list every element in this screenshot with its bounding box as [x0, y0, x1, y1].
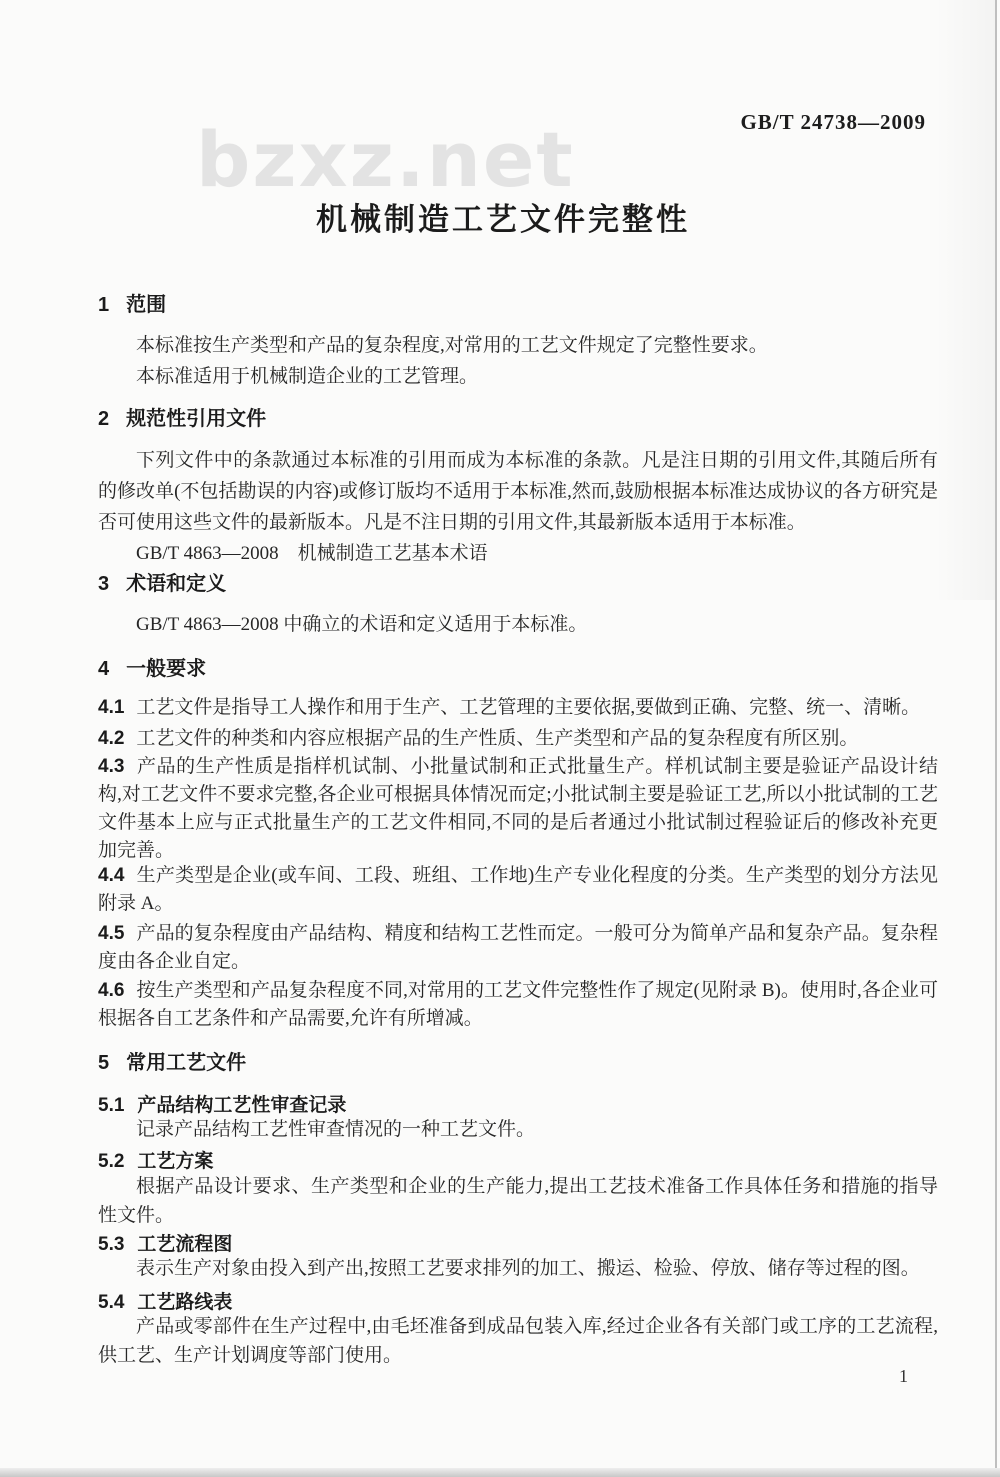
- paragraph: GB/T 4863—2008 中确立的术语和定义适用于本标准。: [98, 609, 938, 640]
- clause-4-5: 4.5产品的复杂程度由产品结构、精度和结构工艺性而定。一般可分为简单产品和复杂产…: [98, 920, 938, 976]
- clause-number: 4.4: [98, 865, 124, 886]
- section-number: 3: [98, 573, 109, 596]
- clause-number: 4.3: [98, 756, 124, 777]
- subsection-number: 5.1: [98, 1095, 124, 1117]
- subsection-description: 根据产品设计要求、生产类型和企业的生产能力,提出工艺技术准备工作具体任务和措施的…: [98, 1172, 938, 1230]
- section-2-heading: 2规范性引用文件: [98, 402, 266, 431]
- section-title: 规范性引用文件: [126, 408, 266, 430]
- scan-edge-right: [995, 0, 997, 1477]
- subsection-description: 记录产品结构工艺性审查情况的一种工艺文件。: [98, 1115, 938, 1144]
- paragraph: 本标准适用于机械制造企业的工艺管理。: [98, 361, 938, 392]
- clause-number: 4.1: [98, 697, 124, 718]
- section-number: 4: [98, 658, 109, 681]
- subsection-5-4-heading: 5.4工艺路线表: [98, 1287, 232, 1314]
- paragraph: 本标准按生产类型和产品的复杂程度,对常用的工艺文件规定了完整性要求。: [98, 330, 938, 361]
- subsection-title: 工艺方案: [137, 1151, 213, 1172]
- section-4-heading: 4一般要求: [98, 652, 206, 681]
- clause-text: 按生产类型和产品复杂程度不同,对常用的工艺文件完整性作了规定(见附录 B)。使用…: [98, 980, 938, 1029]
- clause-4-4: 4.4生产类型是企业(或车间、工段、班组、工作地)生产专业化程度的分类。生产类型…: [98, 862, 938, 918]
- subsection-number: 5.4: [98, 1292, 124, 1314]
- section-number: 2: [98, 408, 109, 431]
- clause-4-1: 4.1工艺文件是指导工人操作和用于生产、工艺管理的主要依据,要做到正确、完整、统…: [98, 694, 938, 722]
- clause-number: 4.2: [98, 728, 124, 749]
- standard-code: GB/T 24738—2009: [0, 110, 926, 135]
- clause-text: 产品的复杂程度由产品结构、精度和结构工艺性而定。一般可分为简单产品和复杂产品。复…: [98, 923, 938, 972]
- scan-shade: [935, 0, 995, 600]
- subsection-title: 工艺流程图: [137, 1234, 232, 1255]
- clause-text: 工艺文件的种类和内容应根据产品的生产性质、生产类型和产品的复杂程度有所区别。: [136, 728, 858, 749]
- section-3-heading: 3术语和定义: [98, 567, 226, 596]
- section-title: 术语和定义: [126, 573, 226, 595]
- clause-number: 4.6: [98, 980, 124, 1001]
- clause-4-2: 4.2工艺文件的种类和内容应根据产品的生产性质、生产类型和产品的复杂程度有所区别…: [98, 725, 938, 753]
- clause-text: 生产类型是企业(或车间、工段、班组、工作地)生产专业化程度的分类。生产类型的划分…: [98, 865, 938, 914]
- clause-4-3: 4.3产品的生产性质是指样机试制、小批量试制和正式批量生产。样机试制主要是验证产…: [98, 753, 938, 865]
- subsection-number: 5.2: [98, 1151, 124, 1173]
- section-title: 范围: [126, 294, 166, 316]
- subsection-5-1-heading: 5.1产品结构工艺性审查记录: [98, 1090, 346, 1117]
- subsection-title: 工艺路线表: [137, 1292, 232, 1313]
- scan-edge-bottom: [0, 1468, 1000, 1477]
- normative-reference: GB/T 4863—2008 机械制造工艺基本术语: [98, 538, 938, 569]
- document-title: 机械制造工艺文件完整性: [0, 194, 1000, 239]
- section-number: 5: [98, 1052, 109, 1075]
- subsection-title: 产品结构工艺性审查记录: [137, 1095, 346, 1116]
- page-number: 1: [0, 1366, 908, 1387]
- section-number: 1: [98, 294, 109, 317]
- section-1-heading: 1范围: [98, 288, 166, 317]
- paragraph: 下列文件中的条款通过本标准的引用而成为本标准的条款。凡是注日期的引用文件,其随后…: [98, 445, 938, 538]
- section-title: 一般要求: [126, 658, 206, 680]
- clause-number: 4.5: [98, 923, 124, 944]
- document-page: bzxz.net GB/T 24738—2009 机械制造工艺文件完整性 1范围…: [0, 0, 1000, 1477]
- subsection-description: 表示生产对象由投入到产出,按照工艺要求排列的加工、搬运、检验、停放、储存等过程的…: [98, 1254, 938, 1283]
- clause-text: 工艺文件是指导工人操作和用于生产、工艺管理的主要依据,要做到正确、完整、统一、清…: [136, 697, 920, 718]
- subsection-number: 5.3: [98, 1234, 124, 1256]
- section-5-heading: 5常用工艺文件: [98, 1046, 246, 1075]
- clause-4-6: 4.6按生产类型和产品复杂程度不同,对常用的工艺文件完整性作了规定(见附录 B)…: [98, 977, 938, 1033]
- section-title: 常用工艺文件: [126, 1052, 246, 1074]
- subsection-5-2-heading: 5.2工艺方案: [98, 1146, 213, 1173]
- subsection-5-3-heading: 5.3工艺流程图: [98, 1229, 232, 1256]
- subsection-description: 产品或零部件在生产过程中,由毛坯准备到成品包装入库,经过企业各有关部门或工序的工…: [98, 1312, 938, 1370]
- clause-text: 产品的生产性质是指样机试制、小批量试制和正式批量生产。样机试制主要是验证产品设计…: [98, 756, 938, 861]
